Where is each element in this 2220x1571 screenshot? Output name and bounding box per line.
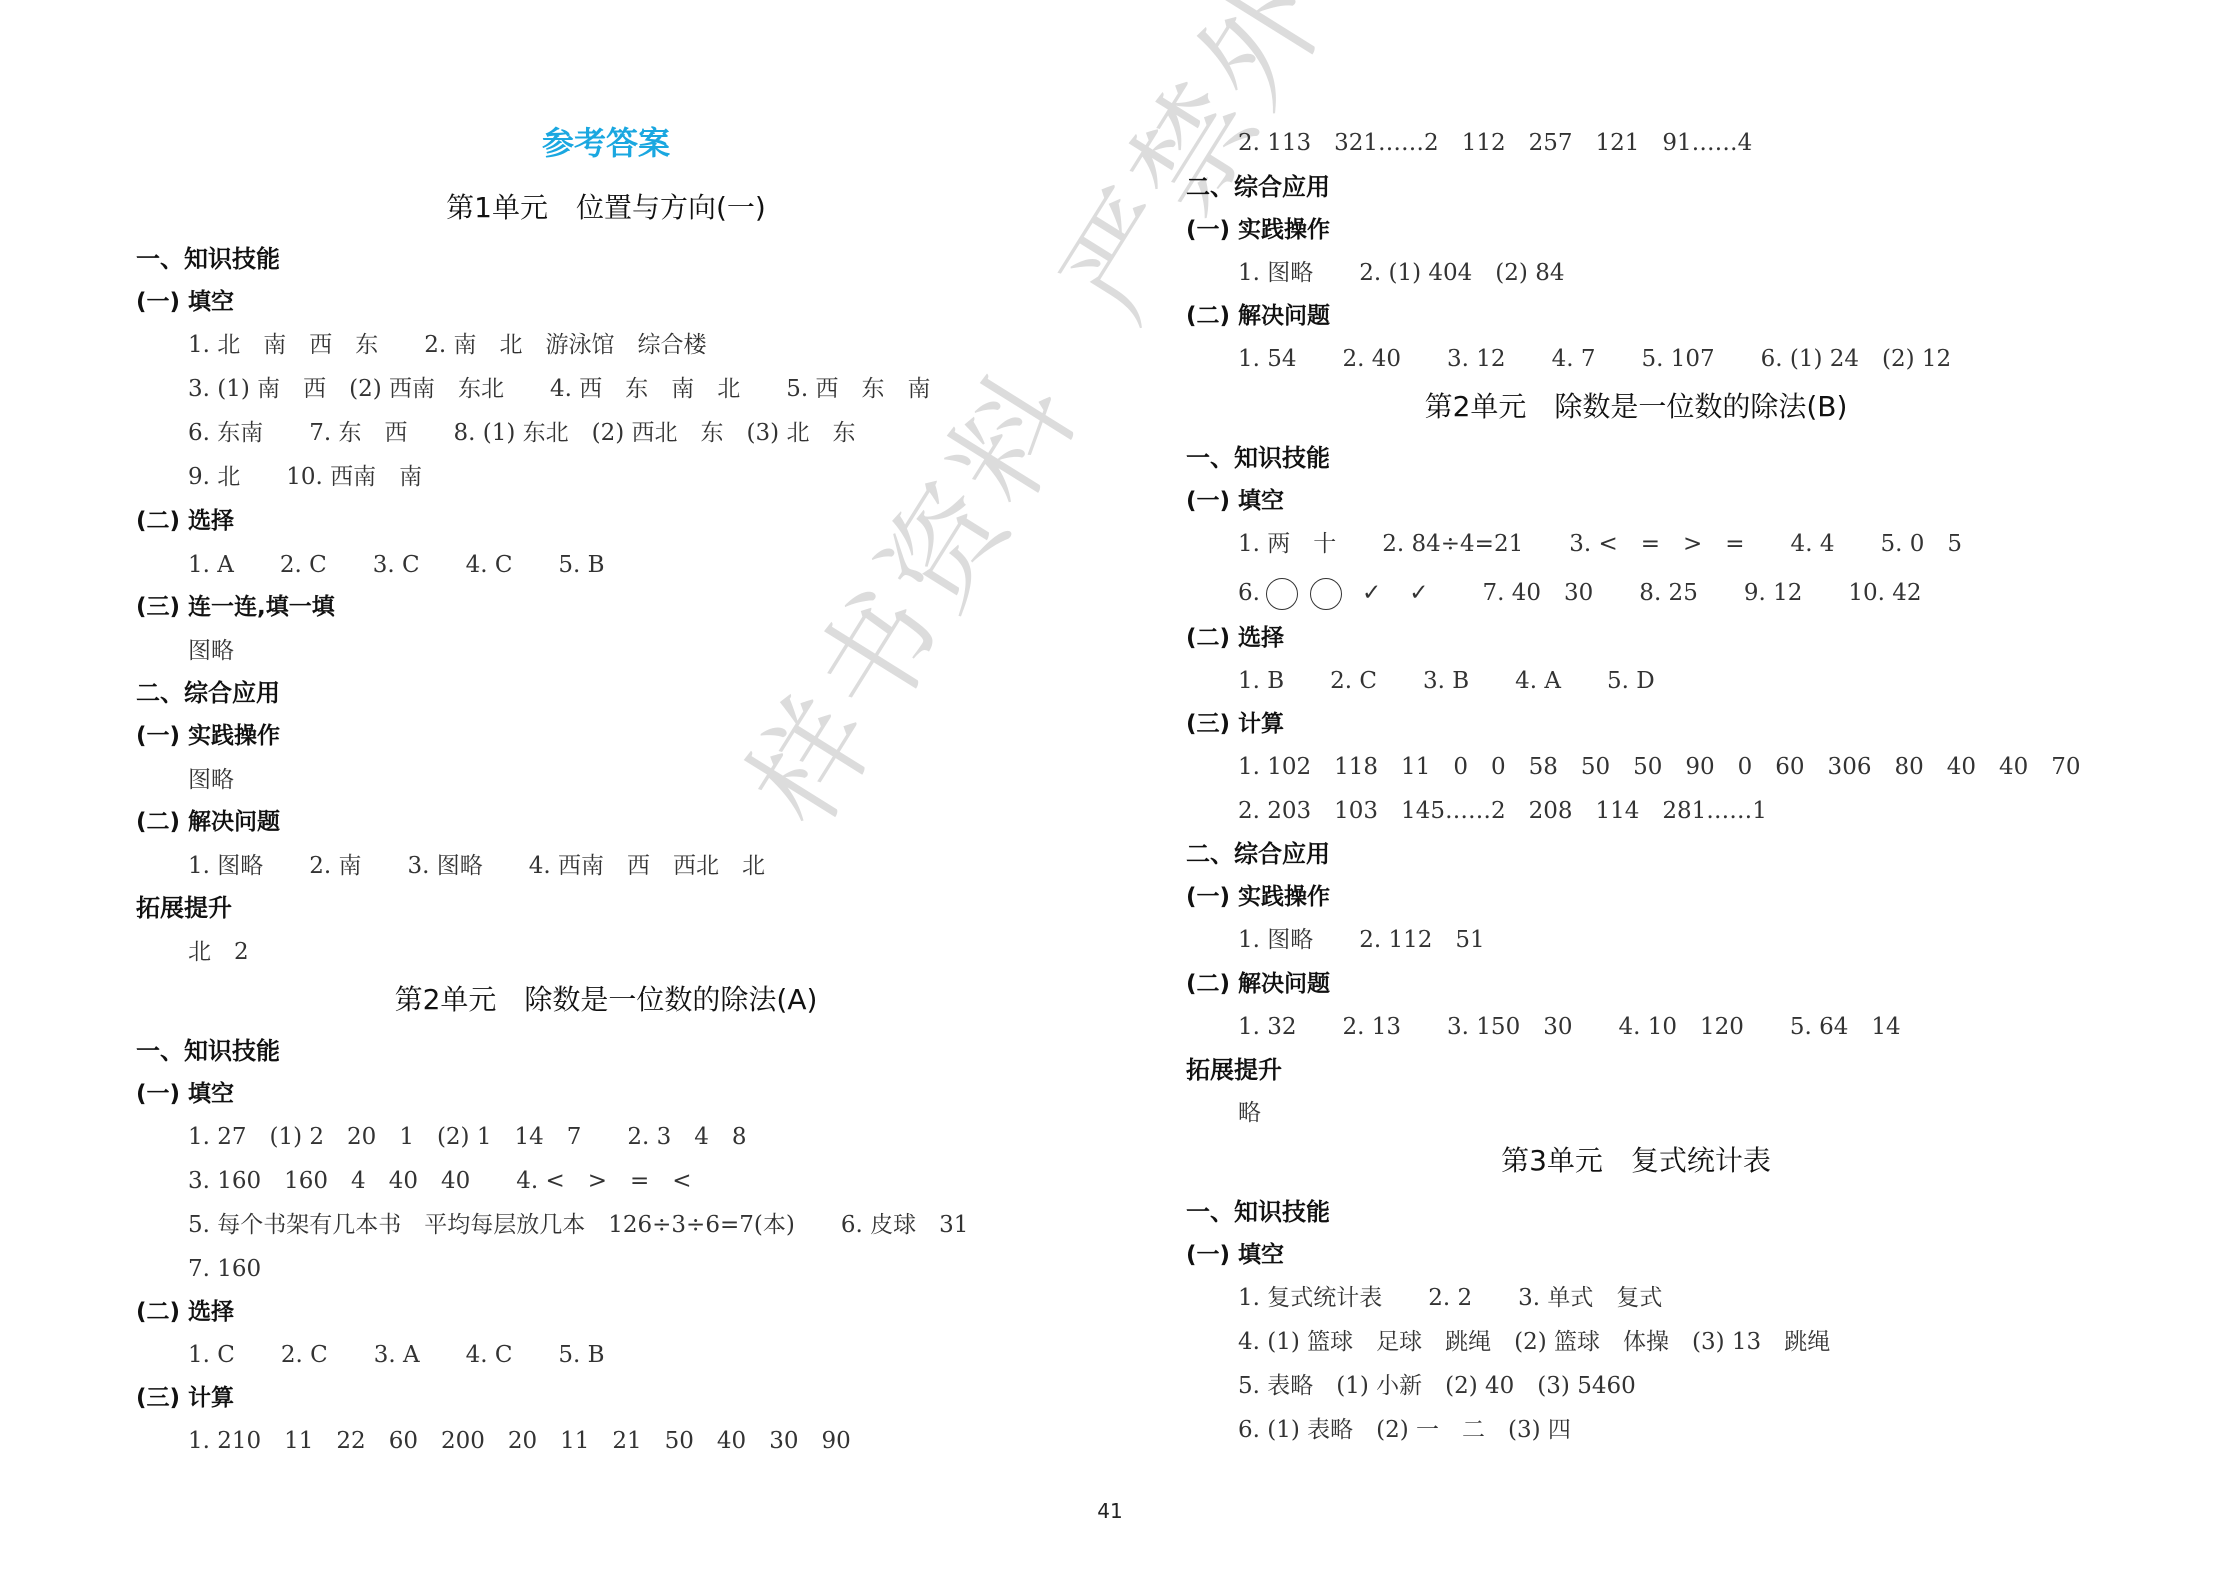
section-heading: 拓展提升 xyxy=(136,893,232,923)
section-heading: 二、综合应用 xyxy=(136,678,280,708)
answer-line: 1. 北 南 西 东 2. 南 北 游泳馆 综合楼 xyxy=(136,330,707,360)
answer-line: 略 xyxy=(1186,1098,1261,1128)
section-heading: 一、知识技能 xyxy=(136,244,280,274)
subsection-heading: (二) 解决问题 xyxy=(136,807,280,837)
unit-heading: 第2单元 除数是一位数的除法(B) xyxy=(1186,392,2086,422)
answer-line: 图略 xyxy=(136,765,234,795)
unit-heading: 第3单元 复式统计表 xyxy=(1186,1146,2086,1176)
subsection-heading: (二) 选择 xyxy=(136,506,234,536)
section-heading: 二、综合应用 xyxy=(1186,839,1330,869)
section-heading: 一、知识技能 xyxy=(1186,1197,1330,1227)
answer-line: 9. 北 10. 西南 南 xyxy=(136,462,422,492)
subsection-heading: (二) 选择 xyxy=(136,1297,234,1327)
answer-line: 1. 32 2. 13 3. 150 30 4. 10 120 5. 64 14 xyxy=(1186,1012,1901,1042)
page-number: 41 xyxy=(0,1499,2220,1523)
answer-line: 1. 54 2. 40 3. 12 4. 7 5. 107 6. (1) 24 … xyxy=(1186,344,1951,374)
answer-line: 7. 160 xyxy=(136,1254,261,1284)
answer-line: 北 2 xyxy=(136,937,249,967)
answer-line: 2. 203 103 145……2 208 114 281……1 xyxy=(1186,796,1767,826)
answer-line: 2. 113 321……2 112 257 121 91……4 xyxy=(1186,128,1752,158)
answer-line: 1. A 2. C 3. C 4. C 5. B xyxy=(136,550,605,580)
answer-line: 1. 两 十 2. 84÷4=21 3. < = > = 4. 4 5. 0 5 xyxy=(1186,529,1962,559)
subsection-heading: (二) 解决问题 xyxy=(1186,301,1330,331)
answer-line: 3. (1) 南 西 (2) 西南 东北 4. 西 东 南 北 5. 西 东 南 xyxy=(136,374,931,404)
check-mark-icon: ✓ xyxy=(1362,580,1381,606)
answer-line: 1. C 2. C 3. A 4. C 5. B xyxy=(136,1340,605,1370)
section-heading: 拓展提升 xyxy=(1186,1055,1282,1085)
subsection-heading: (一) 实践操作 xyxy=(1186,215,1330,245)
subsection-heading: (一) 填空 xyxy=(1186,486,1284,516)
section-heading: 一、知识技能 xyxy=(1186,443,1330,473)
answer-line: 1. 102 118 11 0 0 58 50 50 90 0 60 306 8… xyxy=(1186,752,2081,782)
subsection-heading: (三) 连一连,填一填 xyxy=(136,592,335,622)
answer-line: 1. B 2. C 3. B 4. A 5. D xyxy=(1186,666,1655,696)
answer-line: 4. (1) 篮球 足球 跳绳 (2) 篮球 体操 (3) 13 跳绳 xyxy=(1186,1327,1830,1357)
subsection-heading: (二) 解决问题 xyxy=(1186,969,1330,999)
subsection-heading: (三) 计算 xyxy=(136,1383,234,1413)
answer-line: 1. 图略 2. 南 3. 图略 4. 西南 西 西北 北 xyxy=(136,851,765,881)
unit-heading: 第2单元 除数是一位数的除法(A) xyxy=(136,985,1076,1015)
answer-line: 6.✓✓7. 40 30 8. 25 9. 12 10. 42 xyxy=(1186,578,1922,610)
subsection-heading: (一) 实践操作 xyxy=(136,721,280,751)
subsection-heading: (一) 填空 xyxy=(136,1079,234,1109)
answer-line: 6. (1) 表略 (2) 一 二 (3) 四 xyxy=(1186,1415,1571,1445)
answer-line: 1. 27 (1) 2 20 1 (2) 1 14 7 2. 3 4 8 xyxy=(136,1122,747,1152)
unit-heading: 第1单元 位置与方向(一) xyxy=(136,193,1076,223)
answer-text: 7. 40 30 8. 25 9. 12 10. 42 xyxy=(1483,580,1922,606)
circle-mark-icon xyxy=(1266,578,1298,610)
subsection-heading: (二) 选择 xyxy=(1186,623,1284,653)
check-mark-icon: ✓ xyxy=(1409,580,1428,606)
answer-line: 5. 表略 (1) 小新 (2) 40 (3) 5460 xyxy=(1186,1371,1636,1401)
subsection-heading: (三) 计算 xyxy=(1186,709,1284,739)
answer-line: 图略 xyxy=(136,636,234,666)
answer-line: 5. 每个书架有几本书 平均每层放几本 126÷3÷6=7(本) 6. 皮球 3… xyxy=(136,1210,968,1240)
answer-line: 1. 图略 2. 112 51 xyxy=(1186,925,1485,955)
circle-mark-icon xyxy=(1310,578,1342,610)
section-heading: 一、知识技能 xyxy=(136,1036,280,1066)
answer-number: 6. xyxy=(1238,580,1260,606)
answer-line: 3. 160 160 4 40 40 4. < > = < xyxy=(136,1166,692,1196)
answer-line: 1. 复式统计表 2. 2 3. 单式 复式 xyxy=(1186,1283,1662,1313)
subsection-heading: (一) 实践操作 xyxy=(1186,882,1330,912)
subsection-heading: (一) 填空 xyxy=(1186,1240,1284,1270)
page-title: 参考答案 xyxy=(136,128,1076,158)
answer-line: 6. 东南 7. 东 西 8. (1) 东北 (2) 西北 东 (3) 北 东 xyxy=(136,418,855,448)
answer-line: 1. 210 11 22 60 200 20 11 21 50 40 30 90 xyxy=(136,1426,851,1456)
answer-line: 1. 图略 2. (1) 404 (2) 84 xyxy=(1186,258,1564,288)
subsection-heading: (一) 填空 xyxy=(136,287,234,317)
section-heading: 二、综合应用 xyxy=(1186,172,1330,202)
